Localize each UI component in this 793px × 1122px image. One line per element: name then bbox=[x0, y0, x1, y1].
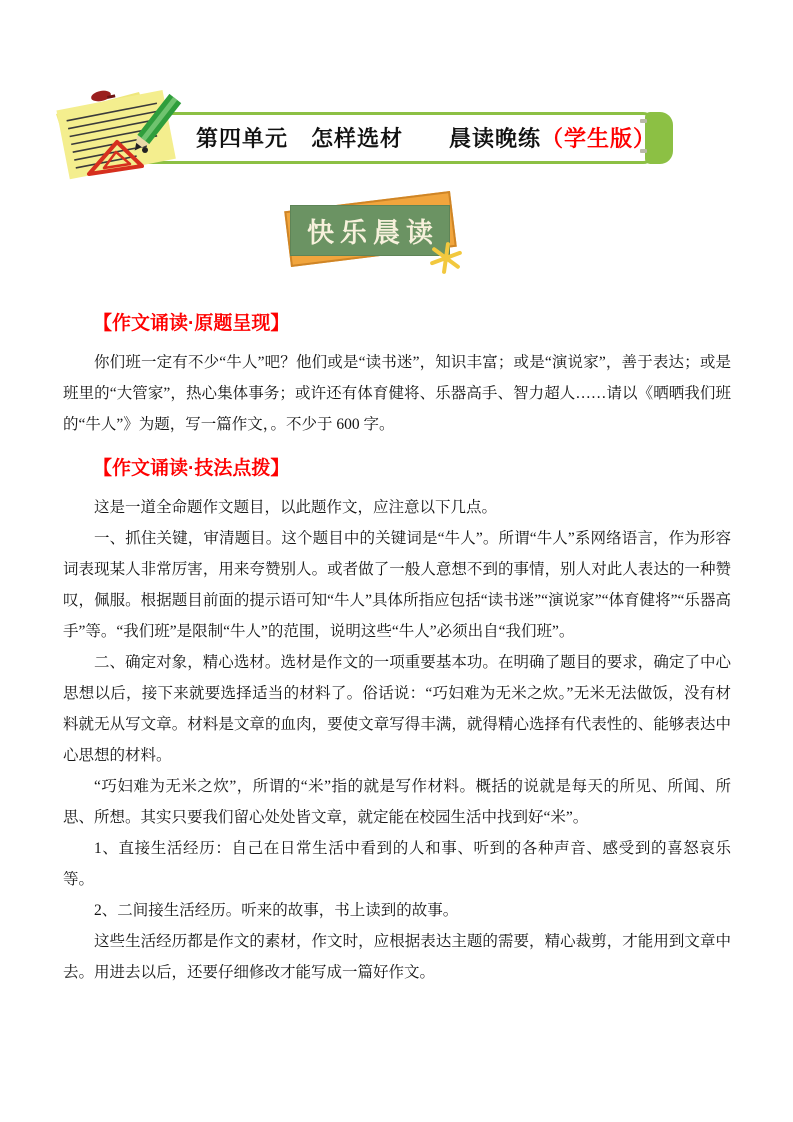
page-title: 第四单元 怎样选材 晨读晚练（学生版） bbox=[196, 122, 656, 153]
badge-green-plate: 快乐晨读 bbox=[290, 205, 450, 256]
paragraph: 1、直接生活经历：自己在日常生活中看到的人和事、听到的各种声音、感受到的喜怒哀乐… bbox=[63, 833, 731, 895]
section-heading-original-question: 【作文诵读·原题呈现】 bbox=[93, 309, 731, 339]
paragraph: 二、确定对象，精心选材。选材是作文的一项重要基本功。在明确了题目的要求，确定了中… bbox=[63, 647, 731, 771]
paragraph: “巧妇难为无米之炊”，所谓的“米”指的就是写作材料。概括的说就是每天的所见、所闻… bbox=[63, 771, 731, 833]
morning-reading-badge: 快乐晨读 bbox=[282, 188, 492, 298]
badge-label: 快乐晨读 bbox=[301, 211, 439, 250]
paragraph: 你们班一定有不少“牛人”吧？他们或是“读书迷”，知识丰富；或是“演说家”，善于表… bbox=[63, 347, 731, 440]
page-title-main: 第四单元 怎样选材 晨读晚练 bbox=[196, 126, 541, 151]
asterisk-star-icon bbox=[428, 240, 464, 281]
paper-pencil-ruler-icon bbox=[44, 84, 194, 189]
paragraph: 这些生活经历都是作文的素材，作文时，应根据表达主题的需要，精心裁剪，才能用到文章… bbox=[63, 926, 731, 988]
section-heading-technique-tips: 【作文诵读·技法点拨】 bbox=[93, 454, 731, 484]
paragraph: 2、二间接生活经历。听来的故事，书上读到的故事。 bbox=[63, 895, 731, 926]
document-content: 【作文诵读·原题呈现】 你们班一定有不少“牛人”吧？他们或是“读书迷”，知识丰富… bbox=[63, 303, 731, 988]
paragraph: 一、抓住关键，审清题目。这个题目中的关键词是“牛人”。所谓“牛人”系网络语言，作… bbox=[63, 523, 731, 647]
document-page: 第四单元 怎样选材 晨读晚练（学生版） bbox=[0, 0, 793, 1122]
page-title-edition: （学生版） bbox=[541, 126, 656, 151]
paragraph: 这是一道全命题作文题目，以此题作文，应注意以下几点。 bbox=[63, 492, 731, 523]
